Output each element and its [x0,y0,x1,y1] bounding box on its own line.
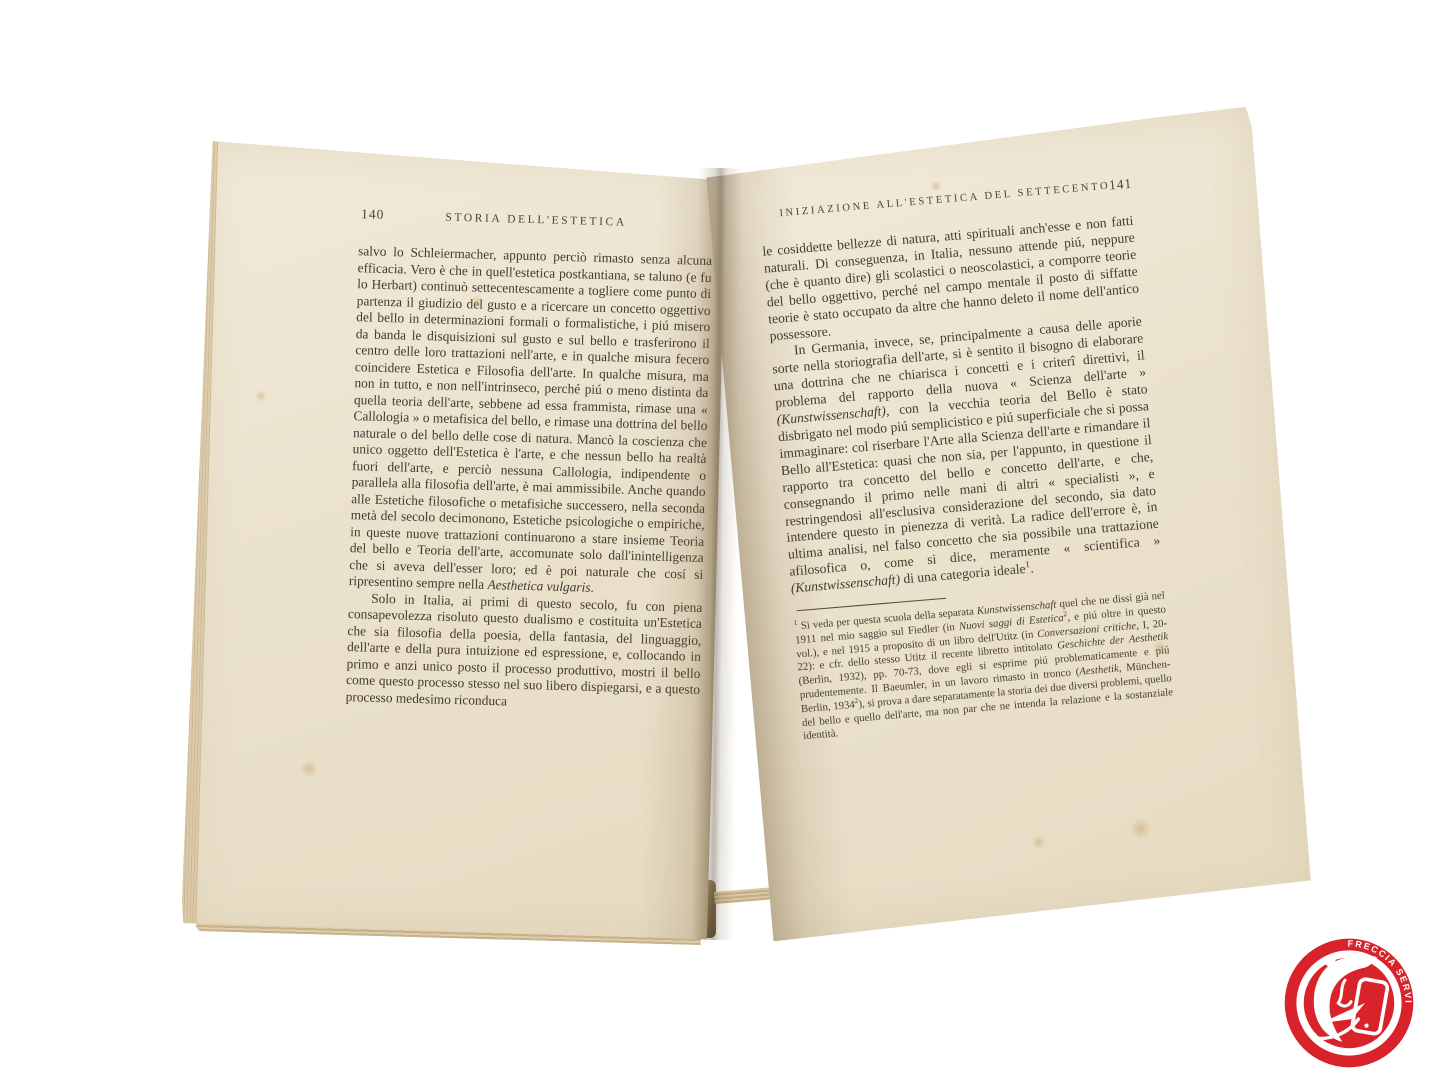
text-run: . [590,580,594,595]
left-header-title: STORIA DELL'ESTETICA [359,209,713,231]
text-run: Solo in Italia, ai primi di questo secol… [346,590,703,708]
left-running-head: 140 STORIA DELL'ESTETICA [359,209,713,241]
paragraph: salvo lo Schleiermacher, appunto perciò … [349,243,713,599]
right-page-number: 141 [1108,176,1133,194]
text-run: . [1030,560,1035,575]
right-page-content: INIZIAZIONE ALL'ESTETICA DEL SETTECENTO … [704,117,1196,1003]
footnote-text: 1 Si veda per questa scuola della separa… [794,589,1175,744]
freccia-service-logo: FRECCIA SERVICE [1282,936,1416,1070]
left-page-number: 140 [361,206,385,223]
right-page: INIZIAZIONE ALL'ESTETICA DEL SETTECENTO … [704,107,1316,942]
left-page-content: 140 STORIA DELL'ESTETICA salvo lo Schlei… [179,141,729,1011]
right-header-title: INIZIAZIONE ALL'ESTETICA DEL SETTECENTO [759,179,1131,221]
left-page: 140 STORIA DELL'ESTETICA salvo lo Schlei… [181,141,729,947]
italic-text-run: Aesthetica vulgaris [487,577,590,595]
paragraph: Solo in Italia, ai primi di questo secol… [345,590,702,715]
paragraph: In Germania, invece, se, principalmente … [770,314,1162,598]
italic-text-run: Aesthetik [1079,663,1119,678]
left-body-text: salvo lo Schleiermacher, appunto perciò … [345,243,712,715]
right-body-text: le cosiddette bellezze di natura, atti s… [762,213,1162,598]
open-book: 140 STORIA DELL'ESTETICA salvo lo Schlei… [0,0,1445,1084]
photo-canvas: 140 STORIA DELL'ESTETICA salvo lo Schlei… [0,0,1445,1084]
text-run: salvo lo Schleiermacher, appunto perciò … [349,243,712,592]
